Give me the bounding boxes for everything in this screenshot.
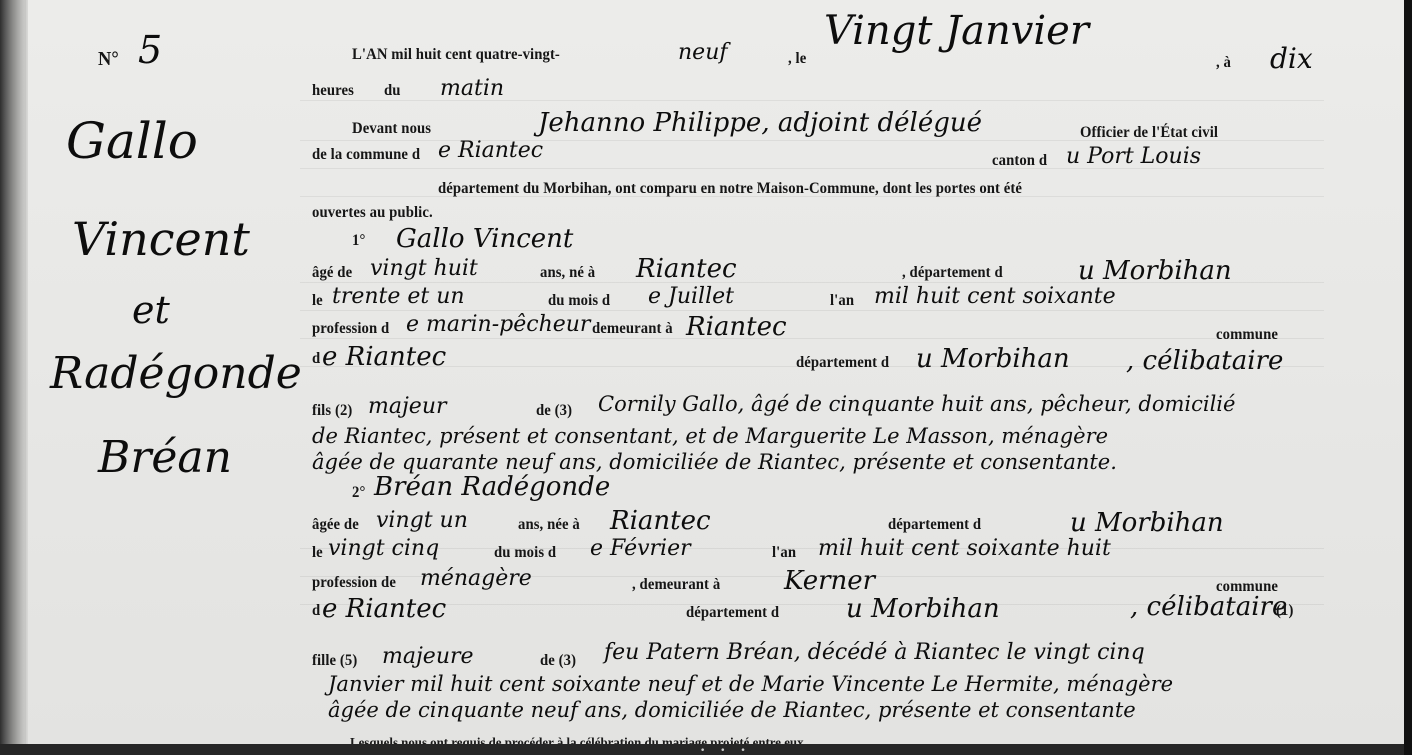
hand-year: neuf xyxy=(678,40,728,65)
bride-parents-de: de (3) xyxy=(540,652,576,670)
bride-birth-month: e Février xyxy=(590,536,691,561)
groom-profession: e marin-pêcheur xyxy=(406,312,590,337)
groom-age-label: âgé de xyxy=(312,264,352,282)
bride-month-label: du mois d xyxy=(494,544,556,562)
printed-departement-sentence: département du Morbihan, ont comparu en … xyxy=(438,180,1022,198)
printed-a: , à xyxy=(1216,54,1231,72)
ruled-line xyxy=(300,310,1324,311)
bride-age-label: âgée de xyxy=(312,516,359,534)
groom-number: 1° xyxy=(352,232,365,250)
printed-year-intro: L'AN mil huit cent quatre-vingt- xyxy=(352,46,560,64)
bride-parents-line-2: Janvier mil huit cent soixante neuf et d… xyxy=(328,672,1173,696)
groom-birth-month: e Juillet xyxy=(648,284,734,309)
groom-born-label: ans, né à xyxy=(540,264,595,282)
groom-year-label: l'an xyxy=(830,292,854,310)
page-indicator-dots[interactable]: • • • xyxy=(700,746,752,755)
bride-born-label: ans, née à xyxy=(518,516,580,534)
bride-age: vingt un xyxy=(376,508,468,533)
bride-commune: e Riantec xyxy=(322,594,446,624)
bride-prof-label: profession de xyxy=(312,574,396,592)
bride-residence-label: , demeurant à xyxy=(632,576,720,594)
groom-dept2: u Morbihan xyxy=(916,344,1070,374)
groom-majority: majeur xyxy=(368,394,447,419)
bride-marital-status: , célibataire xyxy=(1130,592,1287,622)
groom-dept2-label: département d xyxy=(796,354,889,372)
bride-dept2-label: département d xyxy=(686,604,779,622)
viewer-right-edge xyxy=(1404,0,1412,755)
groom-fils-label: fils (2) xyxy=(312,402,352,420)
groom-commune: e Riantec xyxy=(322,342,446,372)
bride-parents-line-3: âgée de cinquante neuf ans, domiciliée d… xyxy=(328,698,1136,722)
bride-dept-label: département d xyxy=(888,516,981,534)
bride-le: le xyxy=(312,544,323,562)
viewer-bottom-bar[interactable]: • • • xyxy=(0,744,1404,755)
ruled-line xyxy=(300,338,1324,339)
groom-dept-label: , département d xyxy=(902,264,1003,282)
hand-time: matin xyxy=(440,76,504,101)
groom-prof-label: profession d xyxy=(312,320,389,338)
groom-birthplace: Riantec xyxy=(636,254,737,284)
bride-year-label: l'an xyxy=(772,544,796,562)
bride-footnote-marker: (1) xyxy=(1276,602,1293,620)
bride-birthplace: Riantec xyxy=(610,506,711,536)
groom-age: vingt huit xyxy=(370,256,478,281)
printed-canton: canton d xyxy=(992,152,1047,170)
groom-residence: Riantec xyxy=(686,312,787,342)
margin-connector: et xyxy=(132,288,170,332)
printed-commune: de la commune d xyxy=(312,146,420,164)
bride-birth-day: vingt cinq xyxy=(328,536,439,561)
groom-birth-year: mil huit cent soixante xyxy=(874,284,1116,309)
bride-majority: majeure xyxy=(382,644,474,669)
margin-groom-surname: Gallo xyxy=(66,112,198,170)
bride-parents-line-1: feu Patern Bréan, décédé à Riantec le vi… xyxy=(604,640,1145,665)
margin-bride-given-name: Radégonde xyxy=(50,348,302,399)
margin-bride-surname: Bréan xyxy=(98,432,232,483)
printed-heures: heures xyxy=(312,82,354,100)
printed-ouvertes: ouvertes au public. xyxy=(312,204,433,222)
groom-parents-line-1: Cornily Gallo, âgé de cinquante huit ans… xyxy=(598,392,1235,416)
hand-commune: e Riantec xyxy=(438,138,543,163)
bride-number: 2° xyxy=(352,484,365,502)
document-viewer: N° 5 Gallo Vincent et Radégonde Bréan L'… xyxy=(0,0,1412,755)
act-number: 5 xyxy=(138,28,162,72)
bride-name: Bréan Radégonde xyxy=(374,472,610,502)
groom-parents-line-3: âgée de quarante neuf ans, domiciliée de… xyxy=(312,450,1117,474)
groom-parents-de: de (3) xyxy=(536,402,572,420)
printed-du: du xyxy=(384,82,401,100)
bride-residence: Kerner xyxy=(784,566,875,596)
bride-de: d xyxy=(312,602,320,620)
hand-officer: Jehanno Philippe, adjoint délégué xyxy=(538,108,982,138)
hand-hour: dix xyxy=(1270,42,1313,75)
groom-residence-label: demeurant à xyxy=(592,320,673,338)
groom-commune-label: commune xyxy=(1216,326,1278,344)
bride-profession: ménagère xyxy=(420,566,532,591)
groom-birth-day: trente et un xyxy=(332,284,465,309)
printed-devant-nous: Devant nous xyxy=(352,120,431,138)
groom-marital-status: , célibataire xyxy=(1126,346,1283,376)
groom-name: Gallo Vincent xyxy=(396,224,573,254)
next-line-cut-off: Lesquels nous ont requis de procéder à l… xyxy=(350,736,804,744)
binding-fold-line xyxy=(24,0,26,744)
margin-groom-given-name: Vincent xyxy=(72,212,250,266)
printed-officier: Officier de l'État civil xyxy=(1080,124,1218,142)
groom-month-label: du mois d xyxy=(548,292,610,310)
bride-dept2: u Morbihan xyxy=(846,594,1000,624)
register-page-scan: N° 5 Gallo Vincent et Radégonde Bréan L'… xyxy=(0,0,1404,744)
hand-date: Vingt Janvier xyxy=(824,8,1089,54)
printed-le: , le xyxy=(788,50,806,68)
bride-fille-label: fille (5) xyxy=(312,652,357,670)
groom-le: le xyxy=(312,292,323,310)
act-number-label: N° xyxy=(98,48,119,71)
ruled-line xyxy=(300,548,1324,549)
groom-parents-line-2: de Riantec, présent et consentant, et de… xyxy=(312,424,1108,448)
groom-dept: u Morbihan xyxy=(1078,256,1232,286)
groom-de: d xyxy=(312,350,320,368)
bride-birth-year: mil huit cent soixante huit xyxy=(818,536,1111,561)
hand-canton: u Port Louis xyxy=(1066,144,1201,169)
bride-dept: u Morbihan xyxy=(1070,508,1224,538)
